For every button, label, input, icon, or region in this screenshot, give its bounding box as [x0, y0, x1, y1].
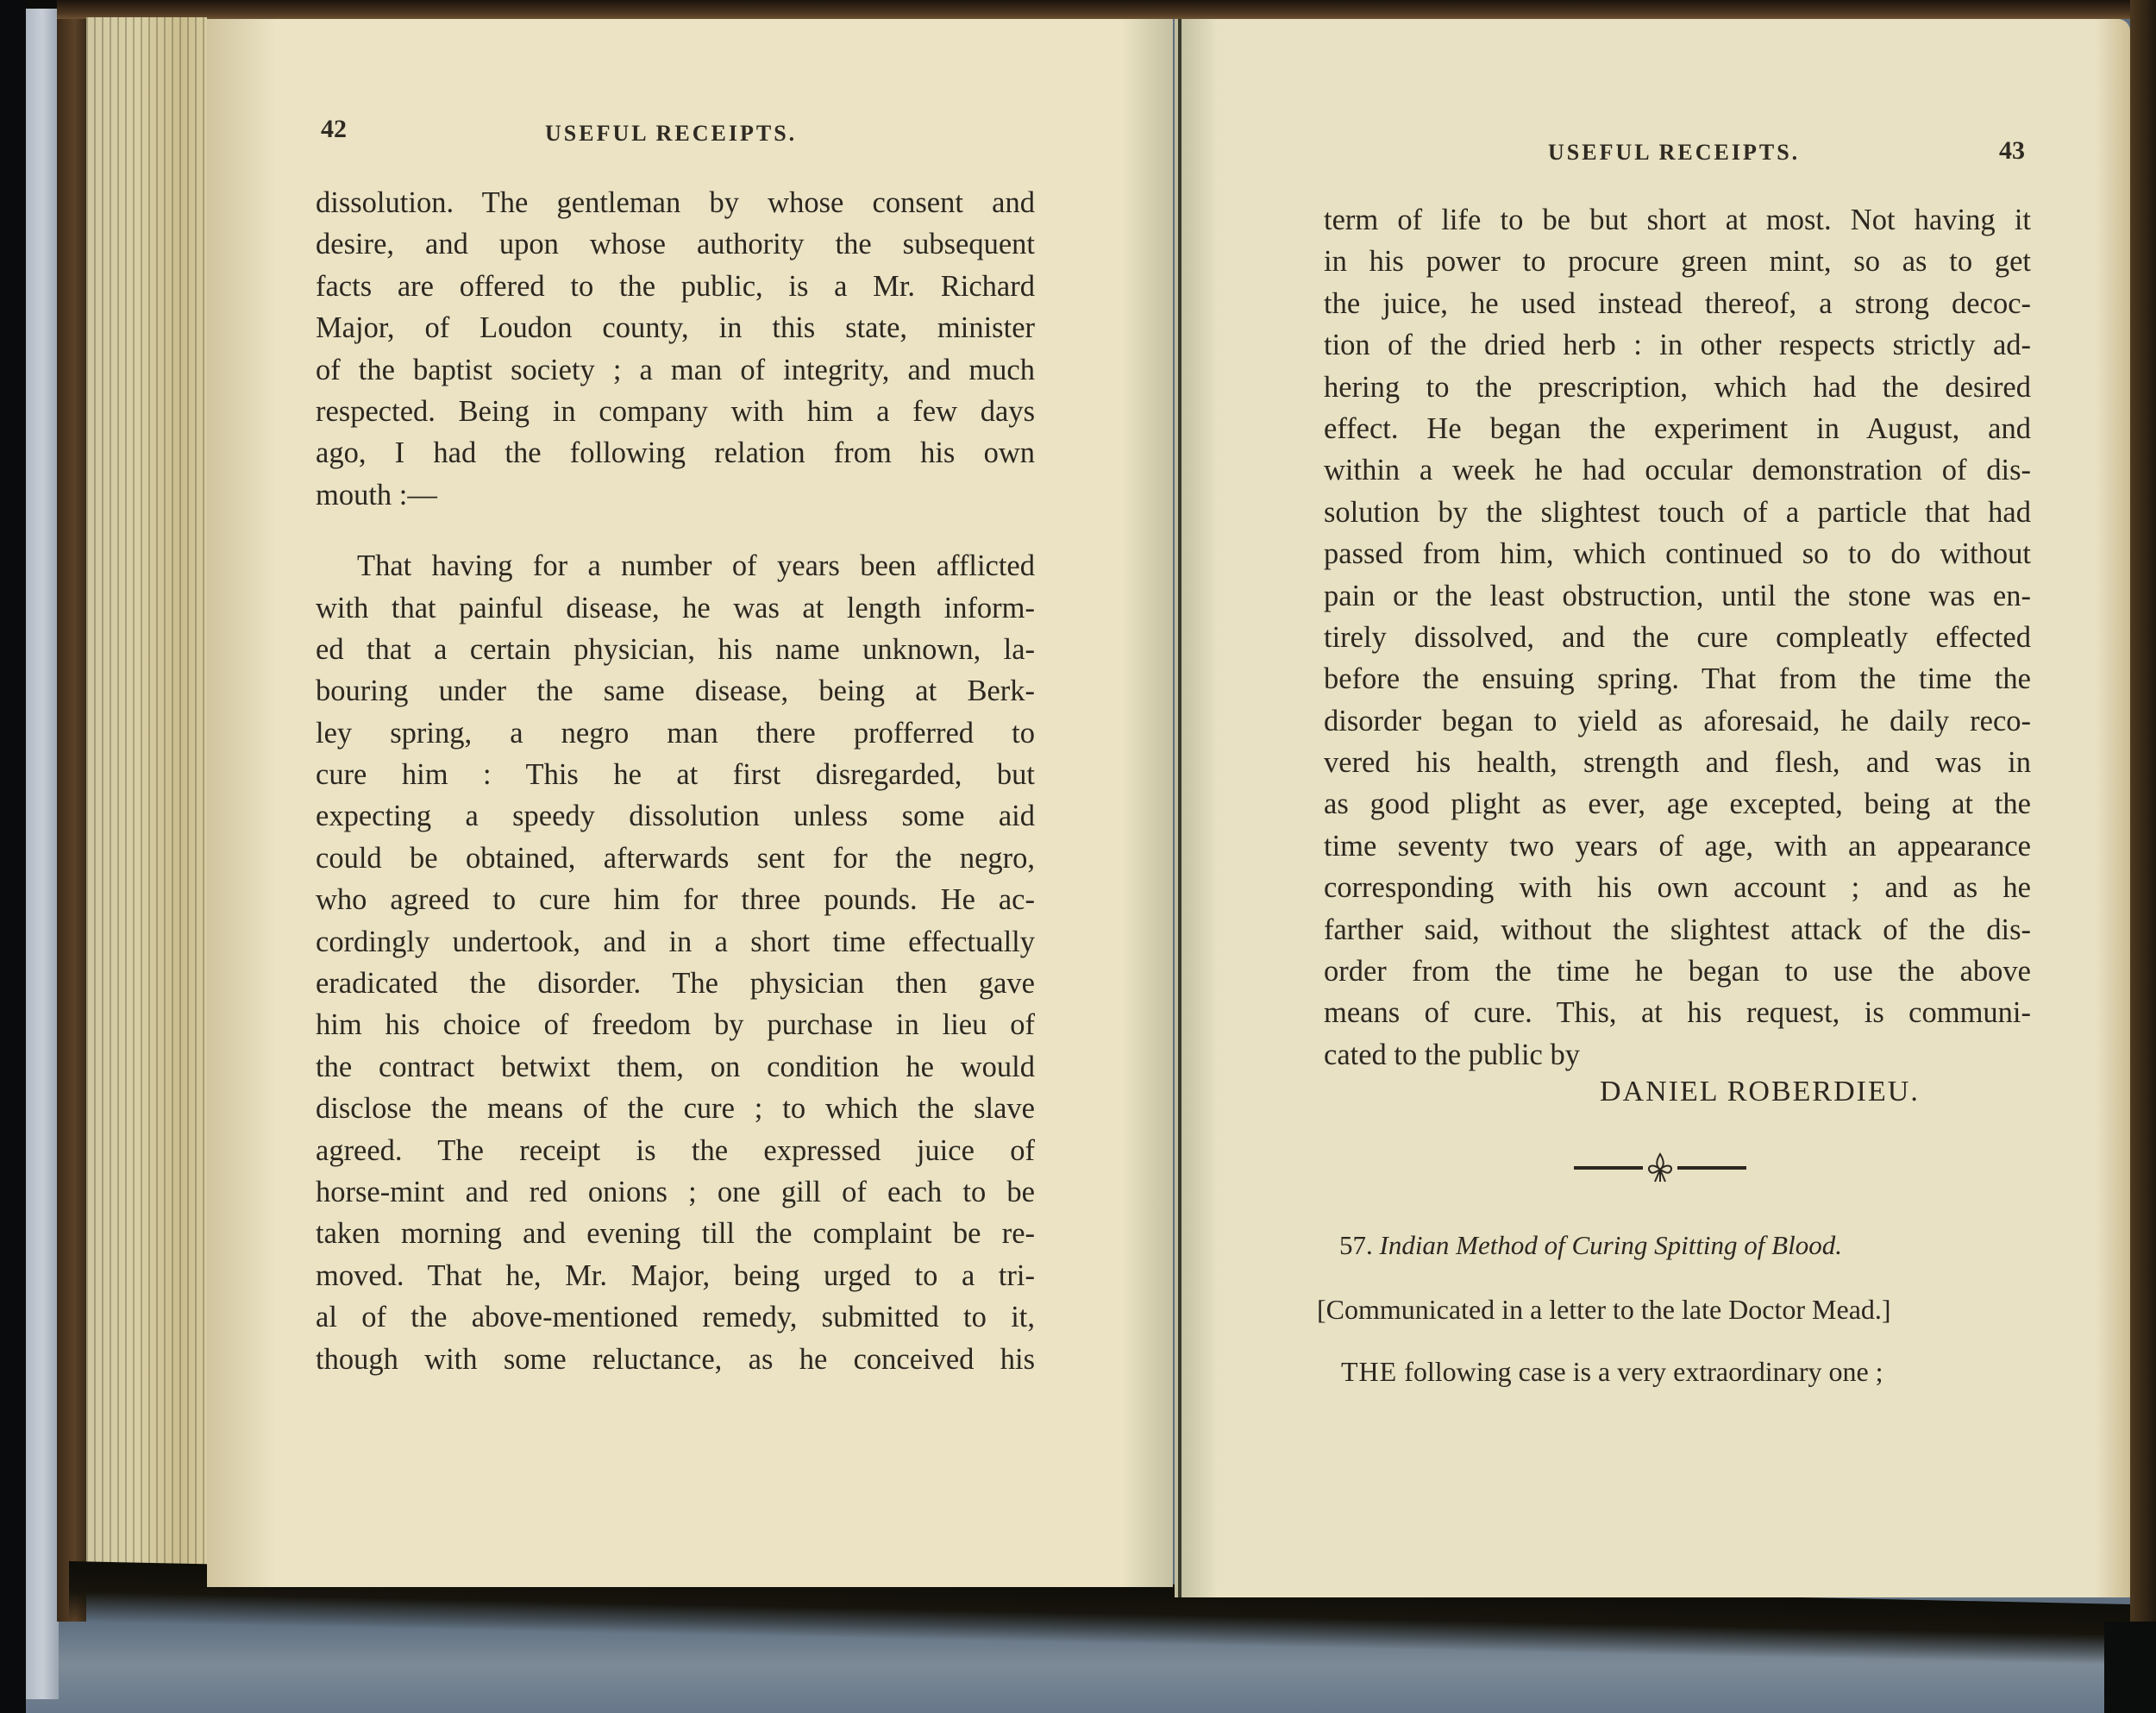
- paragraph-gap: [316, 516, 1035, 545]
- text-line: him his choice of freedom by purchase in…: [316, 1004, 1035, 1045]
- text-line: dissolution. The gentleman by whose cons…: [316, 182, 1035, 223]
- text-line: disorder began to yield as aforesaid, he…: [1324, 700, 2031, 742]
- text-line: tirely dissolved, and the cure compleatl…: [1324, 617, 2031, 658]
- paragraph: dissolution. The gentleman by whose cons…: [316, 182, 1035, 516]
- text-line: the juice, he used instead thereof, a st…: [1324, 283, 2031, 324]
- text-line: farther said, without the slightest atta…: [1324, 909, 2031, 951]
- section-title-text: Indian Method of Curing Spitting of Bloo…: [1380, 1230, 1842, 1260]
- text-line: ed that a certain physician, his name un…: [316, 629, 1035, 670]
- paragraph: term of life to be but short at most. No…: [1324, 199, 2031, 1076]
- book-cover-top: [57, 0, 2156, 19]
- book-cover-edge: [57, 0, 86, 1622]
- text-line: cordingly undertook, and in a short time…: [316, 921, 1035, 963]
- right-running-head: USEFUL RECEIPTS.: [1548, 140, 1800, 166]
- section-note: [Communicated in a letter to the late Do…: [1317, 1294, 1891, 1326]
- text-line: effect. He began the experiment in Augus…: [1324, 408, 2031, 449]
- text-line: order from the time he began to use the …: [1324, 951, 2031, 992]
- text-line: Major, of Loudon county, in this state, …: [316, 307, 1035, 348]
- fleuron-ornament-icon: [1574, 1151, 1746, 1185]
- left-page-body: dissolution. The gentleman by whose cons…: [316, 182, 1035, 1380]
- text-line: in his power to procure green mint, so a…: [1324, 241, 2031, 282]
- text-line: of the baptist society ; a man of integr…: [316, 349, 1035, 391]
- text-line: with that painful disease, he was at len…: [316, 587, 1035, 629]
- text-line: corresponding with his own account ; and…: [1324, 867, 2031, 908]
- text-line: respected. Being in company with him a f…: [316, 391, 1035, 432]
- paragraph: That having for a number of years been a…: [316, 545, 1035, 1380]
- book-gutter: [1178, 19, 1181, 1597]
- scanner-edge-corner: [2104, 1622, 2156, 1713]
- text-line: al of the above-mentioned remedy, submit…: [316, 1296, 1035, 1338]
- section-number: 57.: [1339, 1230, 1373, 1260]
- section-first-word: THE: [1341, 1356, 1397, 1387]
- text-line: hering to the prescription, which had th…: [1324, 367, 2031, 408]
- text-line: bouring under the same disease, being at…: [316, 670, 1035, 712]
- section-heading: 57. Indian Method of Curing Spitting of …: [1339, 1230, 1842, 1261]
- text-line: pain or the least obstruction, until the…: [1324, 575, 2031, 617]
- text-line: vered his health, strength and flesh, an…: [1324, 742, 2031, 783]
- text-line: eradicated the disorder. The physician t…: [316, 963, 1035, 1004]
- text-line: facts are offered to the public, is a Mr…: [316, 266, 1035, 307]
- text-line: though with some reluctance, as he conce…: [316, 1339, 1035, 1380]
- book-cover-right-edge: [2130, 0, 2156, 1622]
- scanner-bed-strip: [26, 9, 59, 1699]
- text-line: ley spring, a negro man there profferred…: [316, 712, 1035, 754]
- left-running-head: USEFUL RECEIPTS.: [545, 121, 797, 147]
- right-page-body: term of life to be but short at most. No…: [1324, 199, 2031, 1076]
- text-line: desire, and upon whose authority the sub…: [316, 223, 1035, 265]
- text-line: That having for a number of years been a…: [316, 545, 1035, 587]
- text-line: tion of the dried herb : in other respec…: [1324, 324, 2031, 366]
- text-line: mouth :—: [316, 474, 1035, 516]
- text-line: as good plight as ever, age excepted, be…: [1324, 783, 2031, 825]
- text-line: passed from him, which continued so to d…: [1324, 533, 2031, 574]
- text-line: within a week he had occular demonstrati…: [1324, 449, 2031, 491]
- text-line: before the ensuing spring. That from the…: [1324, 658, 2031, 700]
- text-line: disclose the means of the cure ; to whic…: [316, 1088, 1035, 1129]
- page-edges-stack: [86, 17, 207, 1587]
- text-line: could be obtained, afterwards sent for t…: [316, 838, 1035, 879]
- text-line: time seventy two years of age, with an a…: [1324, 825, 2031, 867]
- section-first-line: THE following case is a very extraordina…: [1341, 1356, 1883, 1388]
- text-line: expecting a speedy dissolution unless so…: [316, 795, 1035, 837]
- text-line: cated to the public by: [1324, 1034, 2031, 1076]
- text-line: means of cure. This, at his request, is …: [1324, 992, 2031, 1033]
- text-line: agreed. The receipt is the expressed jui…: [316, 1130, 1035, 1171]
- left-page-number: 42: [321, 115, 347, 144]
- section-first-line-rest: following case is a very extraordinary o…: [1397, 1356, 1883, 1387]
- author-signature: DANIEL ROBERDIEU.: [1600, 1076, 1920, 1108]
- text-line: cure him : This he at first disregarded,…: [316, 754, 1035, 795]
- text-line: taken morning and evening till the compl…: [316, 1213, 1035, 1254]
- right-page-number: 43: [1999, 136, 2025, 166]
- text-line: horse-mint and red onions ; one gill of …: [316, 1171, 1035, 1213]
- text-line: solution by the slightest touch of a par…: [1324, 492, 2031, 533]
- text-line: term of life to be but short at most. No…: [1324, 199, 2031, 241]
- scanner-edge-left: [0, 0, 26, 1713]
- text-line: the contract betwixt them, on condition …: [316, 1046, 1035, 1088]
- text-line: moved. That he, Mr. Major, being urged t…: [316, 1255, 1035, 1296]
- text-line: who agreed to cure him for three pounds.…: [316, 879, 1035, 920]
- text-line: ago, I had the following relation from h…: [316, 432, 1035, 474]
